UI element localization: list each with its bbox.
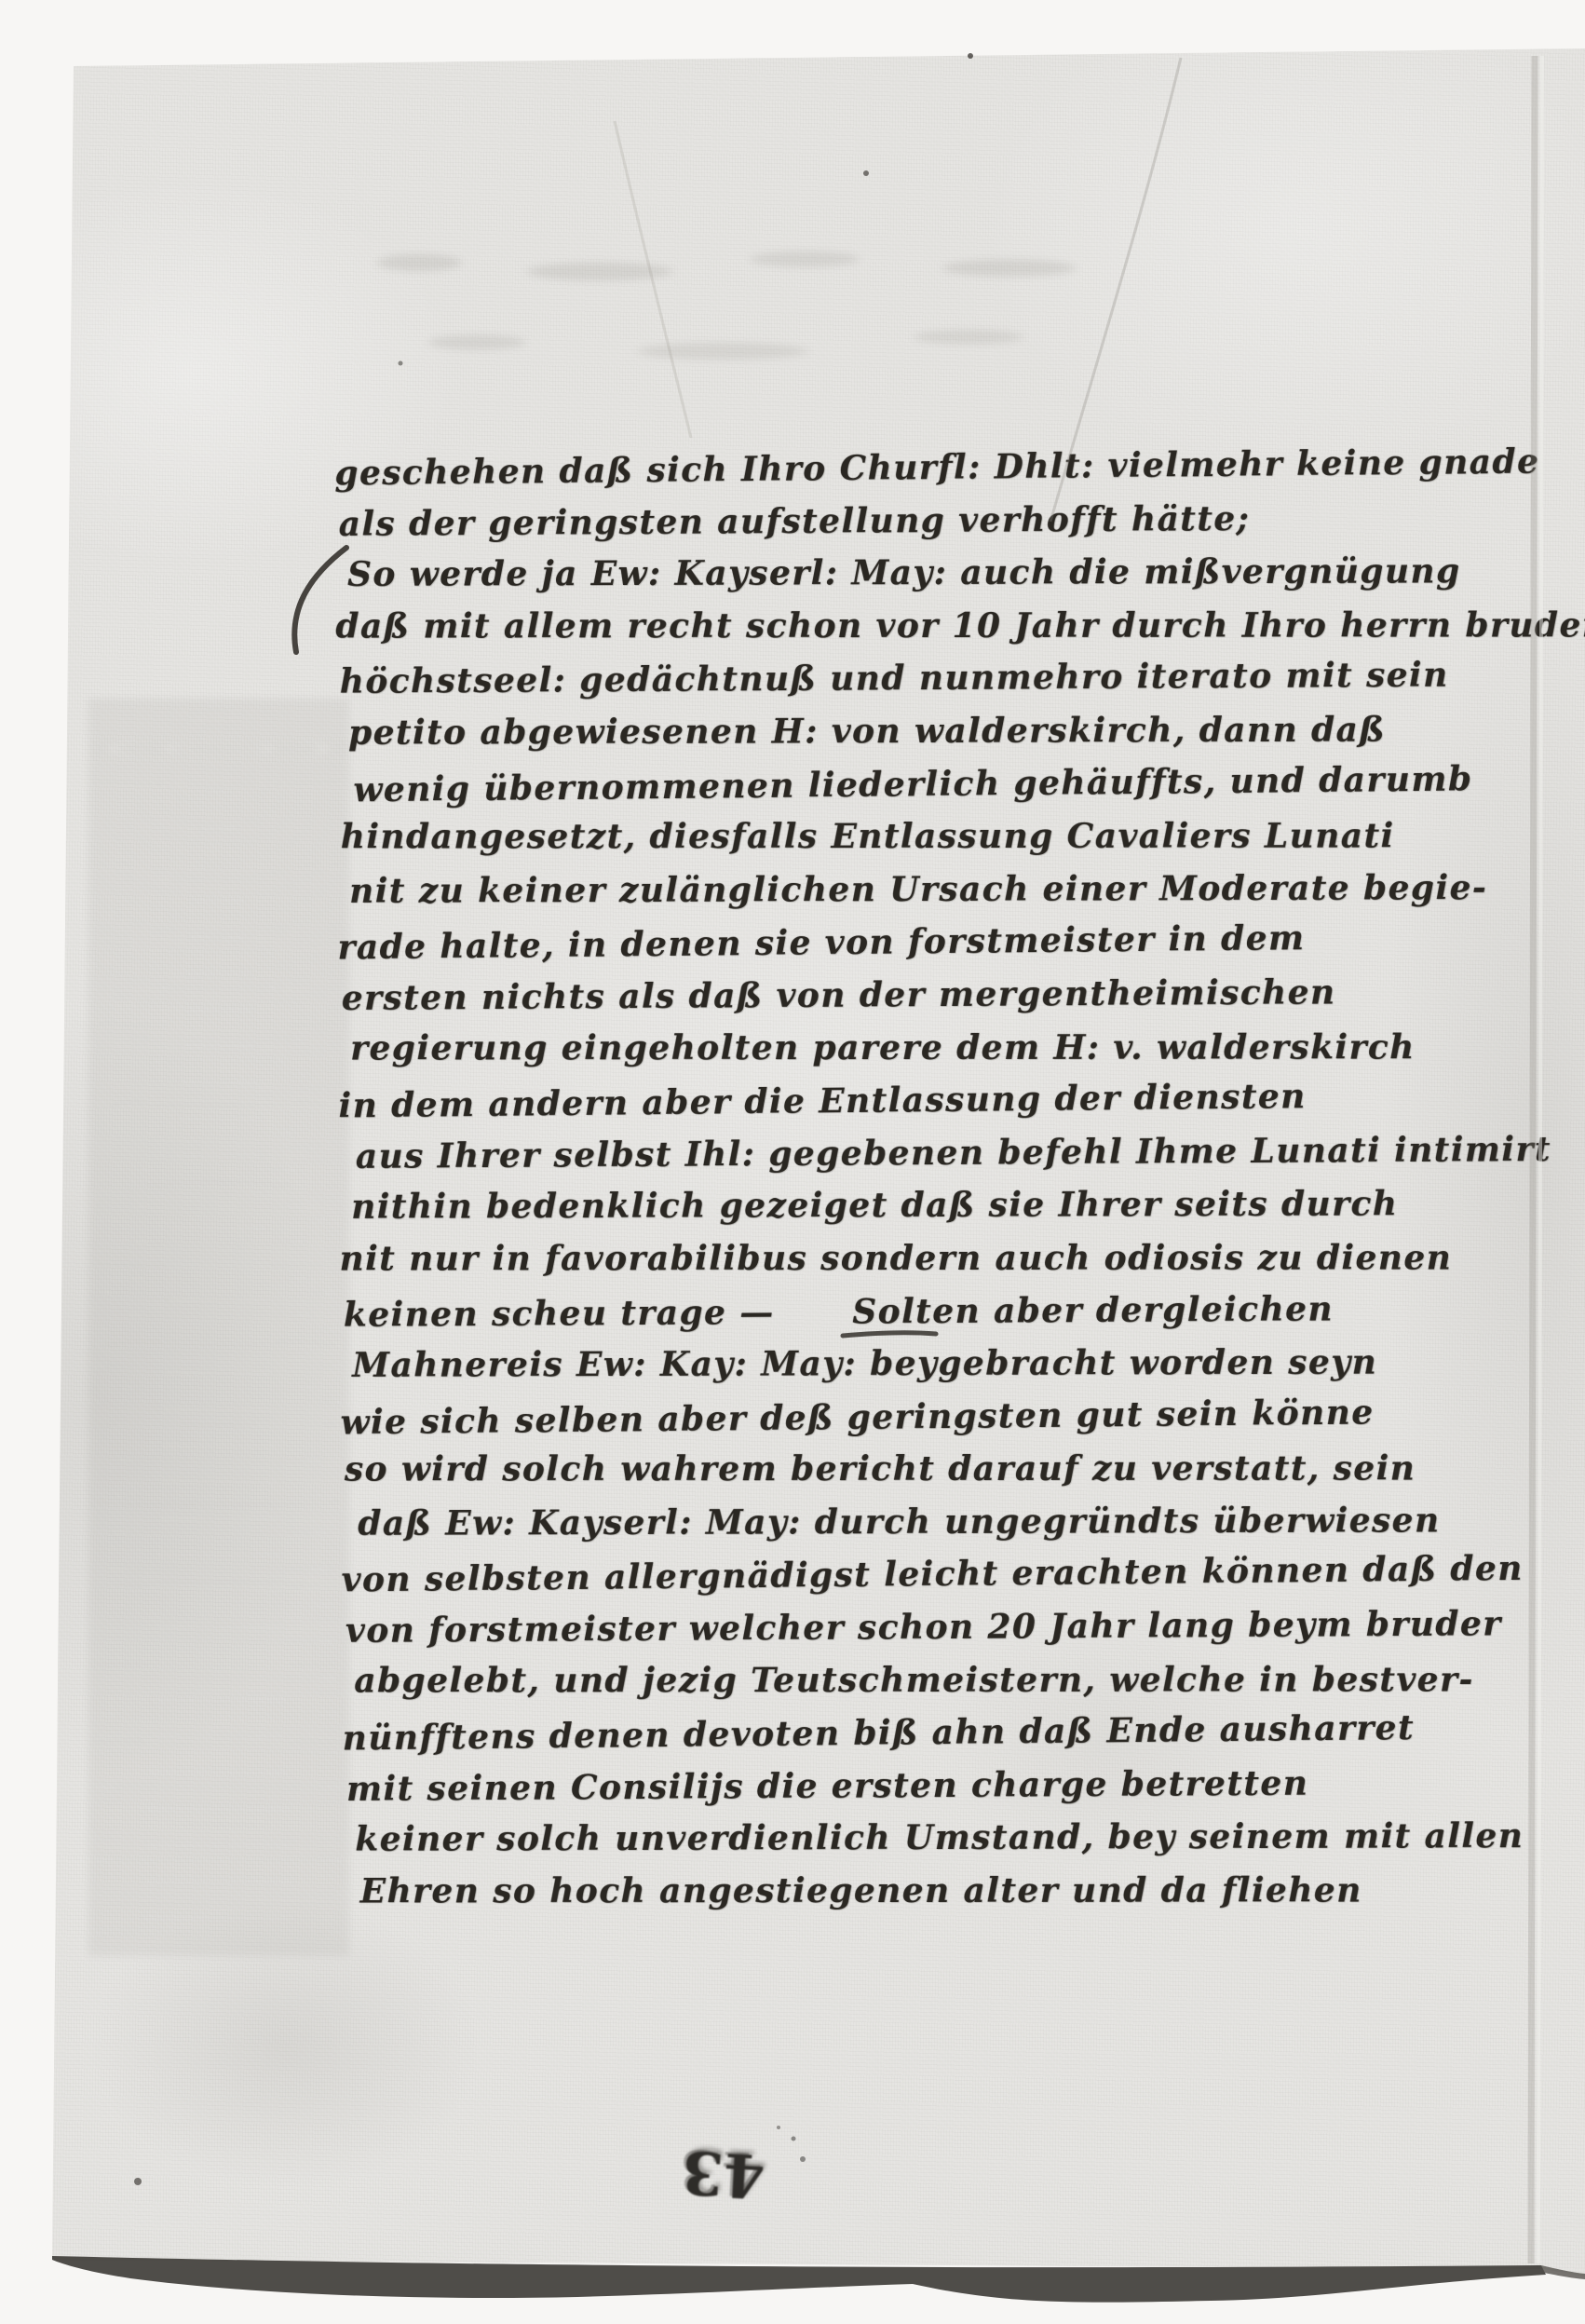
manuscript-line: nithin bedenklich gezeiget daß sie Ihrer… xyxy=(351,1177,1553,1233)
manuscript-line: petito abgewiesenen H: von walderskirch,… xyxy=(348,703,1551,759)
manuscript-line: als der geringsten aufstellung verhofft … xyxy=(339,491,1550,551)
manuscript-line: wenig übernommenen liederlich gehäuffts,… xyxy=(353,752,1551,816)
manuscript-line: nit zu keiner zulänglichen Ursach einer … xyxy=(349,862,1551,917)
handwritten-text-block: geschehen daß sich Ihro Churfl: Dhlt: vi… xyxy=(338,438,1558,1922)
manuscript-line: nit nur in favorabilibus sondern auch od… xyxy=(339,1231,1553,1285)
page-number-stamp: 43 xyxy=(661,2128,787,2219)
manuscript-line: von forstmeister welcher schon 20 Jahr l… xyxy=(345,1597,1556,1658)
manuscript-line: in dem andern aber die Entlassung der di… xyxy=(338,1068,1552,1134)
manuscript-line: von selbsten allergnädigst leicht eracht… xyxy=(341,1543,1555,1608)
manuscript-line: aus Ihrer selbst Ihl: gegebenen befehl I… xyxy=(356,1123,1553,1183)
manuscript-scan: geschehen daß sich Ihro Churfl: Dhlt: vi… xyxy=(0,0,1585,2324)
manuscript-line: wie sich selben aber deß geringsten gut … xyxy=(340,1384,1554,1449)
manuscript-line: So werde ja Ew: Kayserl: May: auch die m… xyxy=(347,545,1550,601)
manuscript-line: Ehren so hoch angestiegenen alter und da… xyxy=(360,1864,1558,1918)
manuscript-line: ersten nichts als daß von der mergenthei… xyxy=(342,965,1552,1026)
manuscript-line: hindangesetzt, diesfalls Entlassung Cava… xyxy=(341,810,1551,864)
manuscript-line: keinen scheu trage — Solten aber derglei… xyxy=(344,1282,1554,1342)
manuscript-line: Mahnereis Ew: Kay: May: beygebracht word… xyxy=(352,1336,1554,1392)
manuscript-line: rade halte, in denen sie von forstmeiste… xyxy=(337,910,1551,975)
manuscript-line: daß mit allem recht schon vor 10 Jahr du… xyxy=(335,599,1550,653)
manuscript-line: abgelebt, und jezig Teutschmeistern, wel… xyxy=(354,1653,1556,1707)
manuscript-line: daß Ew: Kayserl: May: durch ungegründts … xyxy=(358,1494,1555,1550)
manuscript-line: nünfftens denen devoten biß ahn daß Ende… xyxy=(342,1701,1556,1766)
manuscript-line: regierung eingeholten parere dem H: v. w… xyxy=(350,1021,1552,1075)
manuscript-line: keiner solch unverdienlich Umstand, bey … xyxy=(355,1810,1557,1866)
manuscript-line: geschehen daß sich Ihro Churfl: Dhlt: vi… xyxy=(334,436,1549,501)
manuscript-line: so wird solch wahrem bericht darauf zu v… xyxy=(345,1443,1555,1497)
manuscript-line: mit seinen Consilijs die ersten charge b… xyxy=(346,1756,1557,1816)
manuscript-line: höchstseel: gedächtnuß und nunmehro iter… xyxy=(340,648,1551,709)
